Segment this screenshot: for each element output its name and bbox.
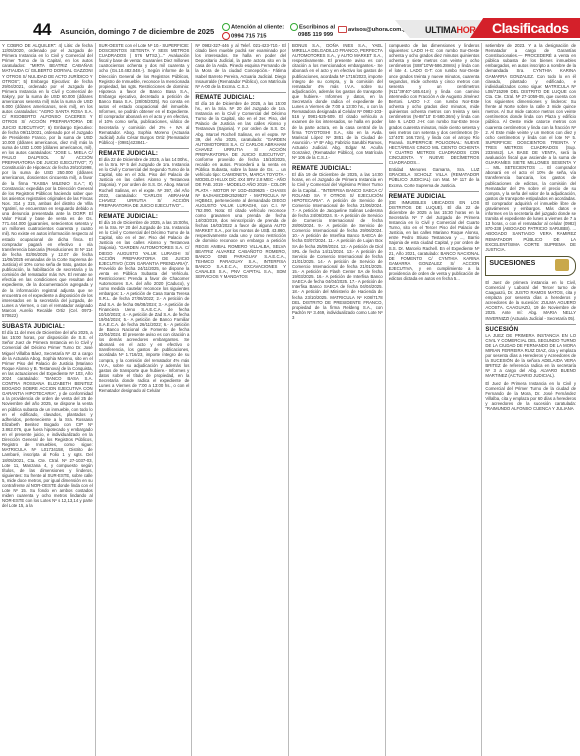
column-5: compuesto de las dimensiones y linderos … bbox=[389, 43, 483, 756]
notice-text: El día 16 de Diciembre de 2025, a las 15… bbox=[99, 220, 190, 393]
notice-text: setiembre de 2023. Y a la designación de… bbox=[485, 43, 576, 252]
write-us: Escribinos al 0985 119 999 bbox=[290, 23, 335, 39]
divider bbox=[99, 211, 190, 212]
notice-text: Nº 0982-327-446 y al Telef. 021-423-710.… bbox=[195, 43, 286, 89]
notice-text: El Juez de Primera Instancia en lo Civil… bbox=[485, 381, 576, 412]
banner-label: SUCESIONES bbox=[489, 261, 535, 266]
notice-text: El día 22 de Diciembre de 2025, a las 14… bbox=[99, 157, 190, 208]
notice-text: El Juez de primera instancia en lo Civil… bbox=[485, 280, 576, 321]
column-6: setiembre de 2023. Y a la designación de… bbox=[485, 43, 578, 756]
notice-text: Y COBRO DE ALQUILER": 4) Litis: de fecha… bbox=[2, 43, 93, 318]
email-link[interactable]: avisos@uhora.com.py bbox=[348, 27, 410, 33]
page-number: 44 bbox=[33, 20, 51, 40]
divider bbox=[195, 92, 286, 93]
email-contact: avisos@uhora.com.py bbox=[338, 26, 410, 34]
family-tree-icon bbox=[555, 259, 569, 271]
notice-text: (DE INMUEBLES UBICADOS EN LOS DISTRITOS … bbox=[389, 200, 480, 282]
divider bbox=[389, 191, 480, 192]
notice-text: El día 16 de Diciembre de 2025, a las 15… bbox=[195, 101, 286, 279]
phone-icon bbox=[222, 32, 230, 40]
notice-text: El día 11 del mes de Diciembre del año 2… bbox=[2, 330, 93, 508]
whatsapp-icon bbox=[290, 23, 298, 31]
publication-date: Asunción, domingo 7 de diciembre de 2025 bbox=[60, 27, 214, 36]
column-1: Y COBRO DE ALQUILER": 4) Litis: de fecha… bbox=[2, 43, 96, 756]
divider bbox=[2, 321, 93, 322]
envelope-icon bbox=[338, 26, 347, 33]
header-divider bbox=[0, 40, 580, 41]
notice-text: SUR-OESTE con el Lote Nº 10.- SUPERFICIE… bbox=[99, 43, 190, 145]
sucesiones-banner: SUCESIONES bbox=[485, 256, 576, 276]
section-title: Clasificados bbox=[492, 20, 568, 36]
notice-text: compuesto de las dimensiones y linderos … bbox=[389, 43, 480, 165]
divider bbox=[292, 163, 383, 164]
column-4: BONUS S.A., DOÑA INES S.A., YAEL MIRELLA… bbox=[292, 43, 386, 756]
divider bbox=[485, 324, 576, 325]
notice-text: BONUS S.A., DOÑA INES S.A., YAEL MIRELLA… bbox=[292, 43, 383, 160]
classifieds-columns: Y COBRO DE ALQUILER": 4) Litis: de fecha… bbox=[2, 43, 578, 756]
notice-text: LA JUEZ DE PRIMERA INSTANCIA EN LO CIVIL… bbox=[485, 333, 576, 379]
column-2: SUR-OESTE con el Lote Nº 10.- SUPERFICIE… bbox=[99, 43, 193, 756]
page-header: 44 Asunción, domingo 7 de diciembre de 2… bbox=[0, 22, 580, 38]
column-3: Nº 0982-327-446 y al Telef. 021-423-710.… bbox=[195, 43, 289, 756]
whatsapp-icon bbox=[222, 23, 230, 31]
notice-text: El día 19 de Diciembre de 2025, a las 14… bbox=[292, 172, 383, 320]
customer-service: Atención al cliente: 0994 715 715 bbox=[222, 23, 284, 40]
notice-text: Entidad Menores Gamarra, Sra. LUZ GRACIE… bbox=[389, 167, 480, 187]
write-phone[interactable]: 0985 119 999 bbox=[298, 32, 333, 38]
divider bbox=[99, 148, 190, 149]
customer-service-phone[interactable]: 0994 715 715 bbox=[231, 33, 266, 39]
